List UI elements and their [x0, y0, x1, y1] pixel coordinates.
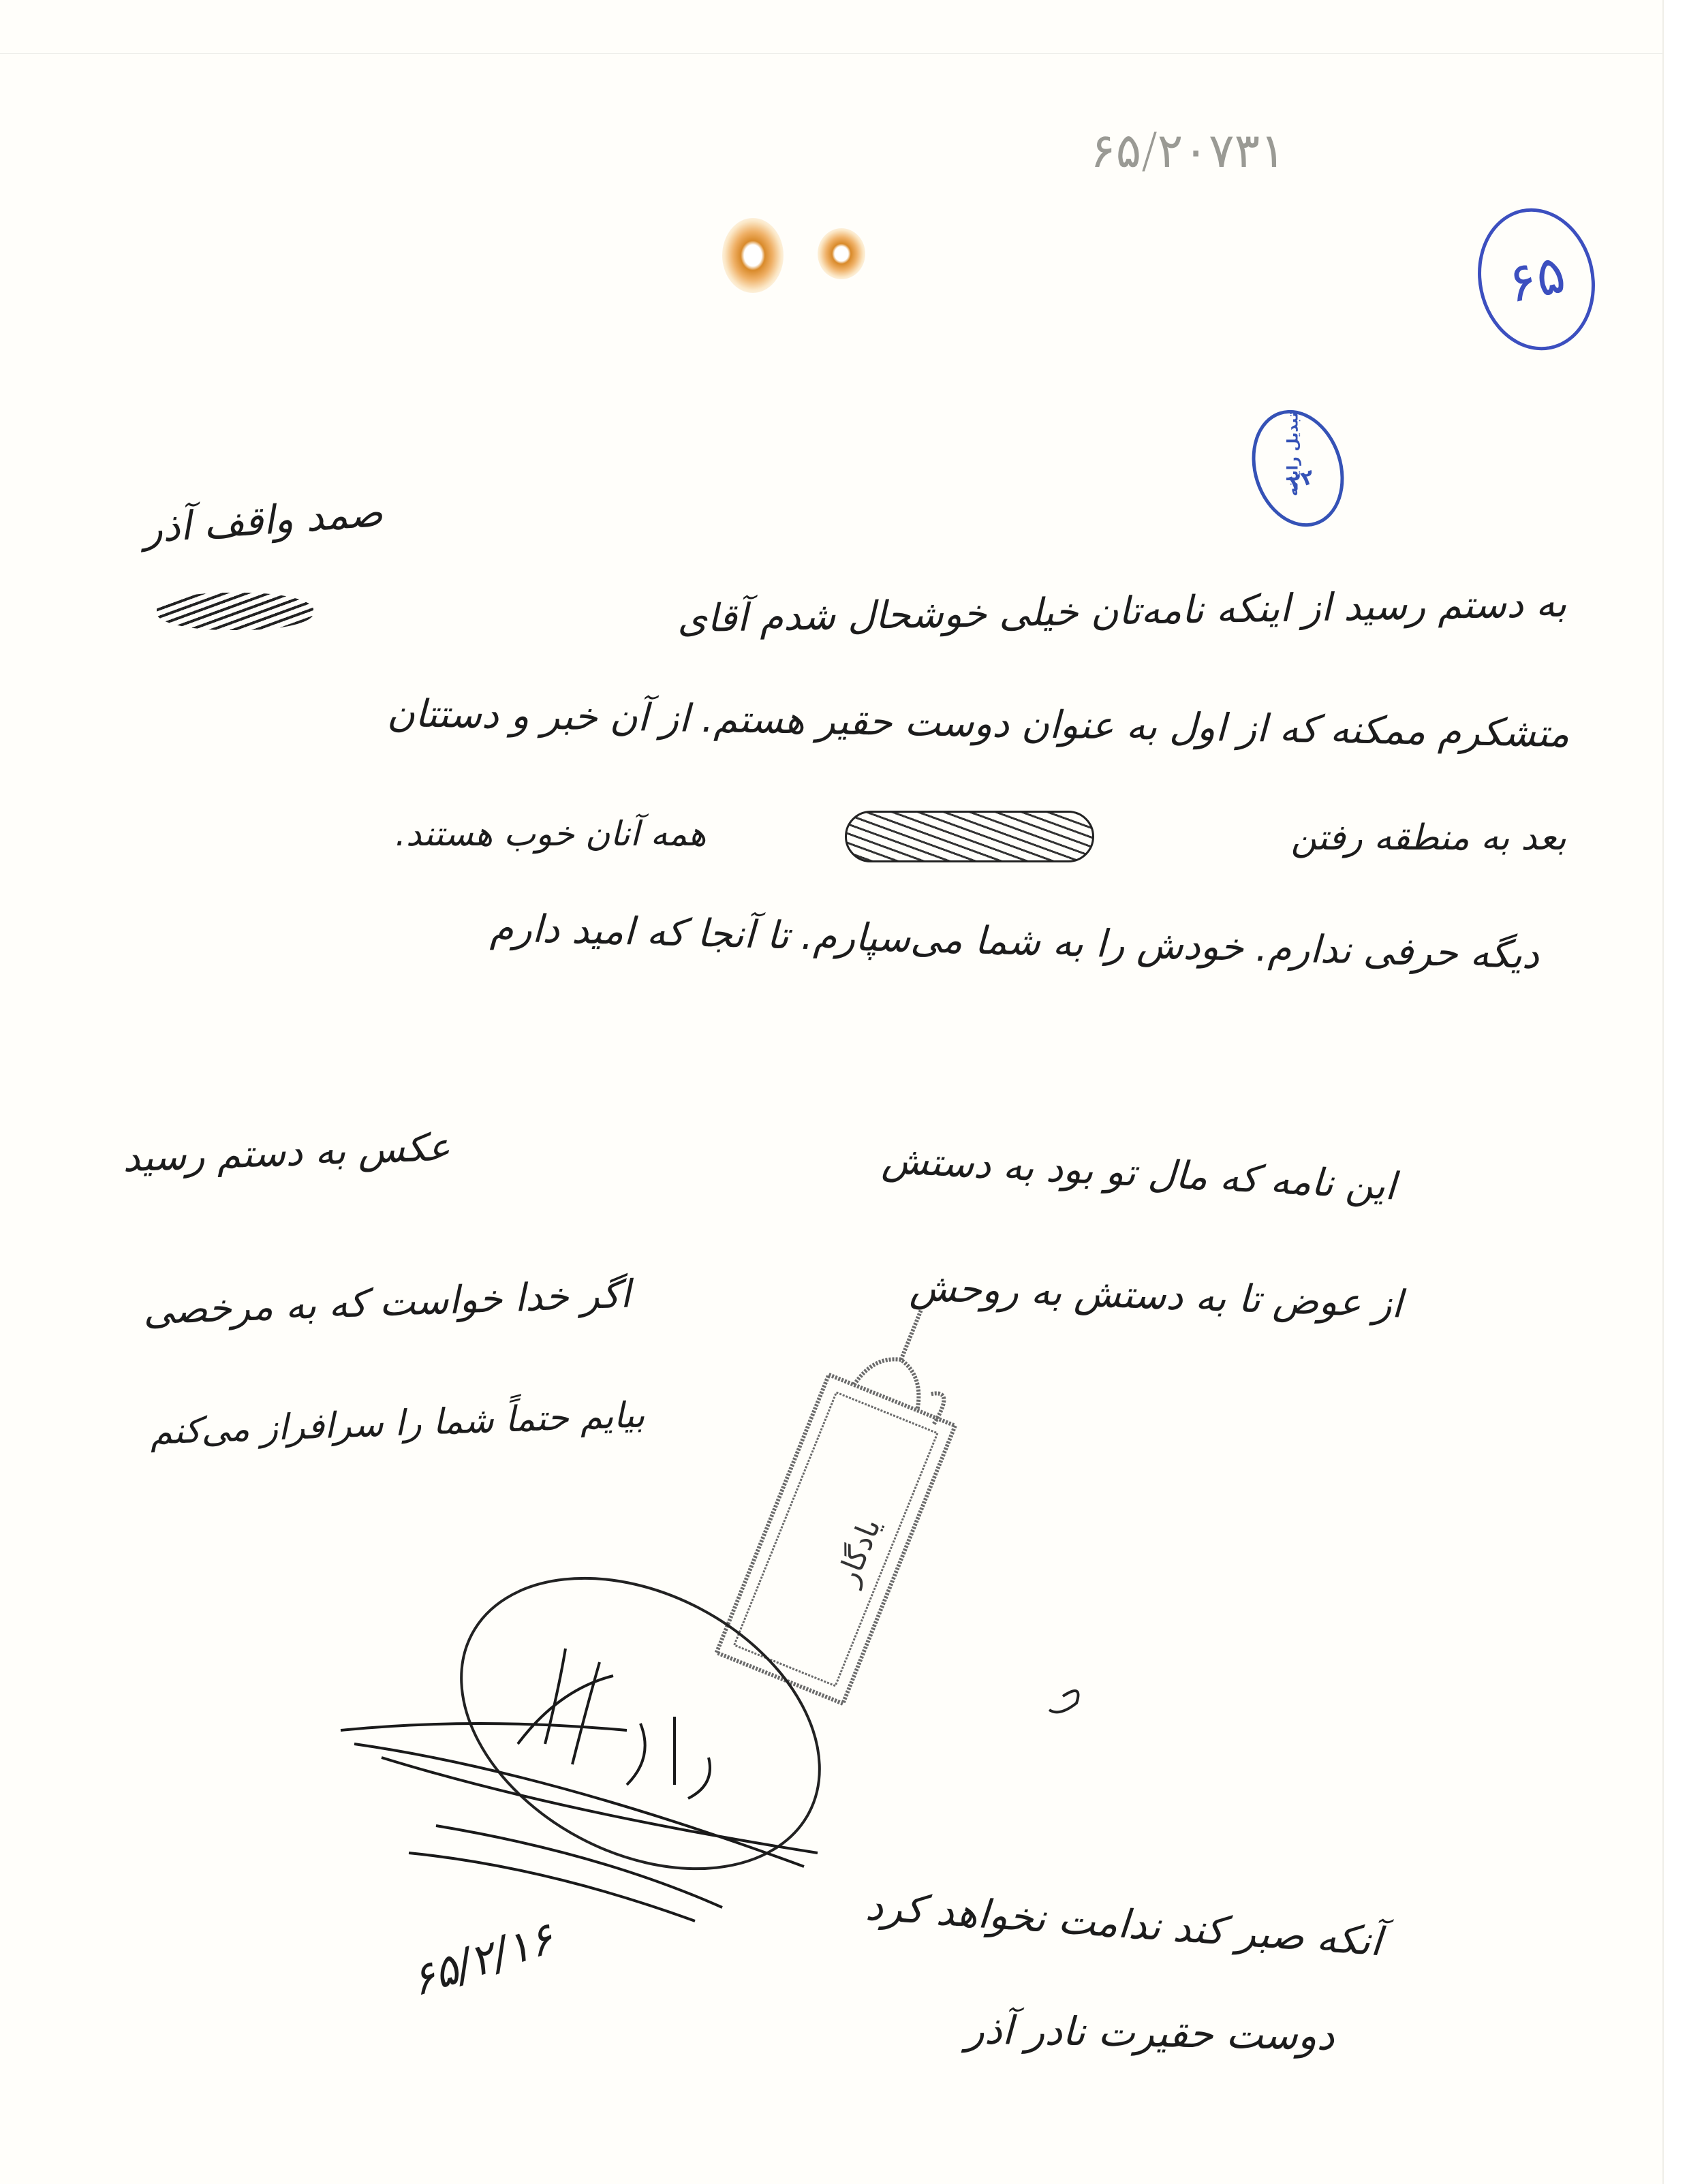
crossed-out-box: [845, 811, 1094, 862]
stamp-text: تبدیل رایانه: [1285, 411, 1302, 496]
rust-hole-left: [722, 218, 784, 293]
body-line-3b: همه آنان خوب هستند.: [395, 814, 707, 854]
paper-top-edge: [0, 53, 1662, 54]
paper-sheet: [0, 0, 1664, 2184]
rust-hole-right: [818, 228, 865, 279]
closing-signature: دوست حقیرت نادر آذر: [965, 2006, 1335, 2059]
page-number-text: ۶۵: [1502, 243, 1571, 315]
body-line-3a: بعد به منطقه رفتن: [1291, 817, 1566, 858]
archive-number: ۶۵/۲۰۷۳۱: [1090, 123, 1286, 178]
crossed-out-word: [157, 593, 313, 630]
